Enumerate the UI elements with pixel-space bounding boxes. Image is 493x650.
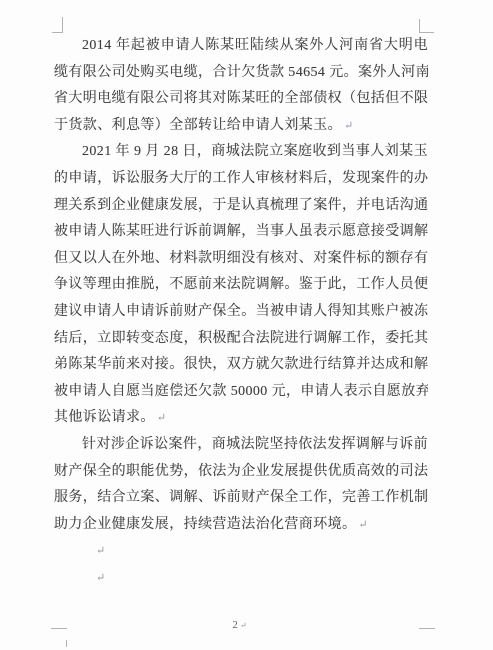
text-line-content: 的申请，诉讼服务大厅的工作人审核材料后，发现案件的办 — [54, 171, 428, 186]
paragraph-mark-icon: ↵ — [96, 545, 105, 557]
document-page: 2014 年起被申请人陈某旺陆续从案外人河南省大明电缆有限公司处购买电缆，合计欠… — [0, 0, 493, 650]
text-line-content: 弟陈某华前来对接。很快，双方就欠款进行结算并达成和解， — [54, 357, 428, 372]
text-line-content: 服务，结合立案、调解、诉前财产保全工作，完善工作机制， — [54, 490, 428, 505]
crop-mark-top-right-icon — [419, 19, 420, 33]
text-line-content: 缆有限公司处购买电缆，合计欠货款 54654 元。案外人河南 — [54, 65, 428, 80]
text-line-content: 理关系到企业健康发展，于是认真梳理了案件，并电话沟通 — [54, 198, 428, 213]
page-footer: 2↵ — [0, 615, 479, 633]
text-line: 财产保全的职能优势，依法为企业发展提供优质高效的司法 — [54, 459, 428, 486]
text-line: 的申请，诉讼服务大厅的工作人审核材料后，发现案件的办 — [54, 166, 428, 193]
text-line: 2021 年 9 月 28 日，商城法院立案庭收到当事人刘某玉 — [54, 139, 428, 166]
empty-paragraph-line: ↵ — [54, 538, 428, 565]
crop-mark-bottom-left-icon — [66, 640, 67, 647]
text-line-content: 被申请人自愿当庭偿还欠款 50000 元，申请人表示自愿放弃 — [54, 384, 428, 399]
paragraph-mark-icon: ↵ — [240, 621, 247, 630]
text-line: 弟陈某华前来对接。很快，双方就欠款进行结算并达成和解， — [54, 352, 428, 379]
text-line: 理关系到企业健康发展，于是认真梳理了案件，并电话沟通 — [54, 193, 428, 220]
text-line: 助力企业健康发展，持续营造法治化营商环境。↵ — [54, 512, 428, 539]
text-line: 其他诉讼请求。↵ — [54, 405, 428, 432]
text-line-content: 被申请人陈某旺进行诉前调解，当事人虽表示愿意接受调解， — [54, 224, 428, 239]
paragraph-mark-icon: ↵ — [96, 572, 105, 584]
text-line-content: 2021 年 9 月 28 日，商城法院立案庭收到当事人刘某玉 — [82, 144, 428, 159]
text-line-content: 建议申请人申请诉前财产保全。当被申请人得知其账户被冻 — [54, 304, 428, 319]
text-line-content: 但又以人在外地、材料款明细没有核对、对案件标的额存有 — [54, 251, 428, 266]
text-line-content: 财产保全的职能优势，依法为企业发展提供优质高效的司法 — [54, 464, 428, 479]
text-line: 针对涉企诉讼案件，商城法院坚持依法发挥调解与诉前 — [54, 432, 428, 459]
empty-paragraph-line: ↵ — [54, 565, 428, 592]
text-line: 被申请人陈某旺进行诉前调解，当事人虽表示愿意接受调解， — [54, 219, 428, 246]
text-line: 省大明电缆有限公司将其对陈某旺的全部债权（包括但不限 — [54, 86, 428, 113]
text-line: 争议等理由推脱，不愿前来法院调解。鉴于此，工作人员便 — [54, 272, 428, 299]
text-line-content: 其他诉讼请求。 — [54, 410, 155, 425]
text-line: 结后，立即转变态度，积极配合法院进行调解工作，委托其 — [54, 326, 428, 353]
text-line: 缆有限公司处购买电缆，合计欠货款 54654 元。案外人河南 — [54, 60, 428, 87]
text-line: 建议申请人申请诉前财产保全。当被申请人得知其账户被冻 — [54, 299, 428, 326]
text-line-content: 争议等理由推脱，不愿前来法院调解。鉴于此，工作人员便 — [54, 277, 428, 292]
text-line: 服务，结合立案、调解、诉前财产保全工作，完善工作机制， — [54, 485, 428, 512]
text-line-content: 助力企业健康发展，持续营造法治化营商环境。 — [54, 517, 356, 532]
text-line: 但又以人在外地、材料款明细没有核对、对案件标的额存有 — [54, 246, 428, 273]
paragraph-mark-icon: ↵ — [344, 120, 353, 132]
document-body: 2014 年起被申请人陈某旺陆续从案外人河南省大明电缆有限公司处购买电缆，合计欠… — [54, 33, 428, 591]
text-line-content: 结后，立即转变态度，积极配合法院进行调解工作，委托其 — [54, 331, 428, 346]
text-line-content: 于货款、利息等）全部转让给申请人刘某玉。 — [54, 118, 342, 133]
text-line: 2014 年起被申请人陈某旺陆续从案外人河南省大明电 — [54, 33, 428, 60]
crop-mark-top-left-icon — [62, 17, 63, 33]
text-line: 被申请人自愿当庭偿还欠款 50000 元，申请人表示自愿放弃 — [54, 379, 428, 406]
text-line-content: 2014 年起被申请人陈某旺陆续从案外人河南省大明电 — [82, 38, 428, 53]
paragraph-mark-icon: ↵ — [358, 519, 367, 531]
text-line-content: 针对涉企诉讼案件，商城法院坚持依法发挥调解与诉前 — [82, 437, 428, 452]
paragraph-mark-icon: ↵ — [157, 412, 166, 424]
page-number: 2 — [232, 619, 239, 631]
text-line-content: 省大明电缆有限公司将其对陈某旺的全部债权（包括但不限 — [54, 91, 428, 106]
text-line: 于货款、利息等）全部转让给申请人刘某玉。↵ — [54, 113, 428, 140]
